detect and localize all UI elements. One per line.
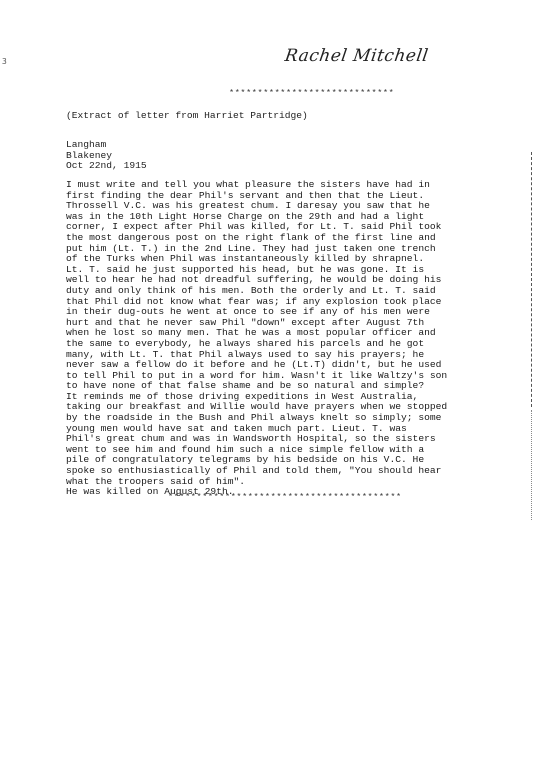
letter-line: the most dangerous post on the right fla… (66, 233, 496, 244)
separator-bottom: ****************************************… (168, 492, 402, 502)
letter-line: the same to everybody, he always shared … (66, 339, 496, 350)
handwritten-signature: Rachel Mitchell (284, 46, 430, 66)
page-number: 3 (2, 57, 7, 66)
address-line: Langham (66, 140, 147, 151)
extract-heading: (Extract of letter from Harriet Partridg… (66, 110, 308, 121)
separator-top: ***************************** (229, 88, 394, 98)
letter-line: duty and only think of his men. Both the… (66, 286, 496, 297)
sender-address: Langham Blakeney Oct 22nd, 1915 (66, 140, 147, 172)
letter-body: I must write and tell you what pleasure … (66, 180, 496, 498)
scan-margin-line (531, 152, 532, 407)
letter-date: Oct 22nd, 1915 (66, 161, 147, 172)
scan-margin-dots (531, 410, 532, 520)
letter-line: I must write and tell you what pleasure … (66, 180, 496, 191)
